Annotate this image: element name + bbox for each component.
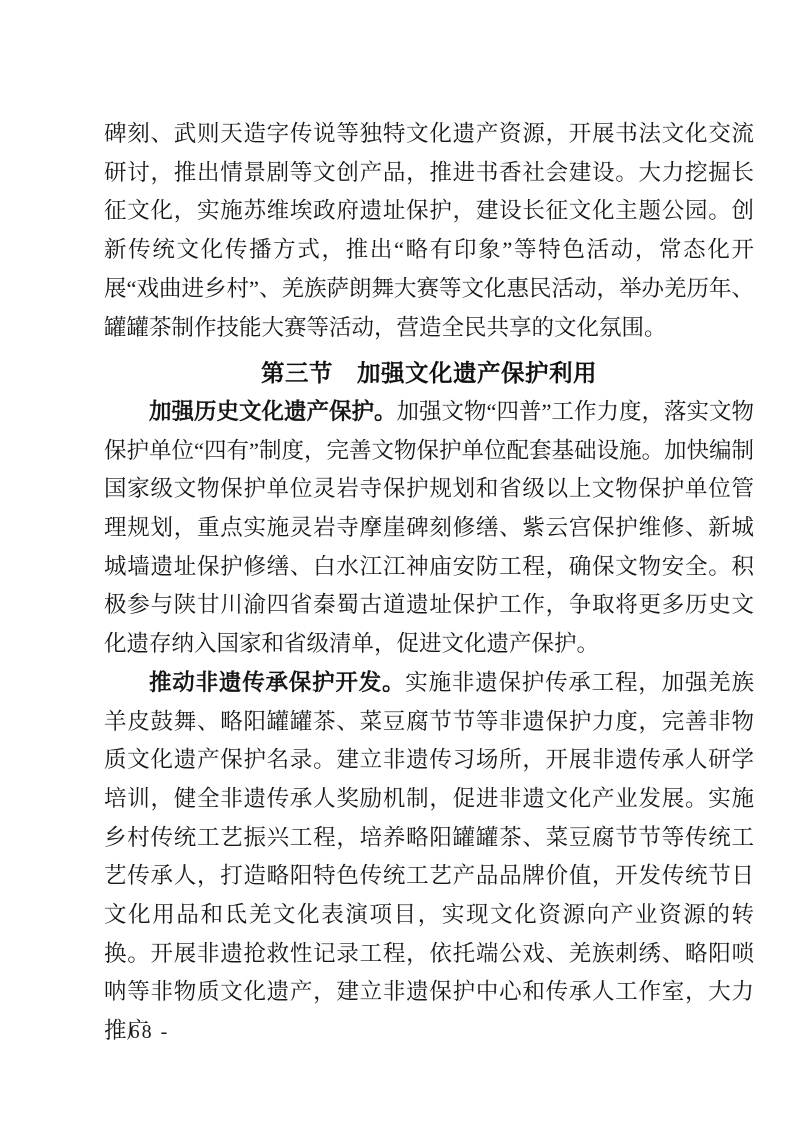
paragraph-lead: 推动非遗传承保护开发。: [149, 670, 405, 695]
page-number: - 68 -: [114, 1021, 169, 1043]
paragraph-lead: 加强历史文化遗产保护。: [149, 399, 397, 424]
paragraph-body: 加强文物“四普”工作力度，落实文物保护单位“四有”制度，完善文物保护单位配套基础…: [104, 399, 754, 656]
section-heading: 第三节 加强文化遗产保护利用: [104, 354, 754, 393]
continuation-paragraph: 碑刻、武则天造字传说等独特文化遗产资源，开展书法文化交流研讨，推出情景剧等文创产…: [104, 115, 754, 347]
paragraph-historic-heritage: 加强历史文化遗产保护。加强文物“四普”工作力度，落实文物保护单位“四有”制度，完…: [104, 393, 754, 664]
paragraph-intangible-heritage: 推动非遗传承保护开发。实施非遗保护传承工程，加强羌族羊皮鼓舞、略阳罐罐茶、菜豆腐…: [104, 664, 754, 1051]
page-content: 碑刻、武则天造字传说等独特文化遗产资源，开展书法文化交流研讨，推出情景剧等文创产…: [104, 115, 754, 1051]
paragraph-body: 实施非遗保护传承工程，加强羌族羊皮鼓舞、略阳罐罐茶、菜豆腐节节等非遗保护力度，完…: [104, 670, 754, 1043]
document-page: 碑刻、武则天造字传说等独特文化遗产资源，开展书法文化交流研讨，推出情景剧等文创产…: [0, 0, 793, 1122]
